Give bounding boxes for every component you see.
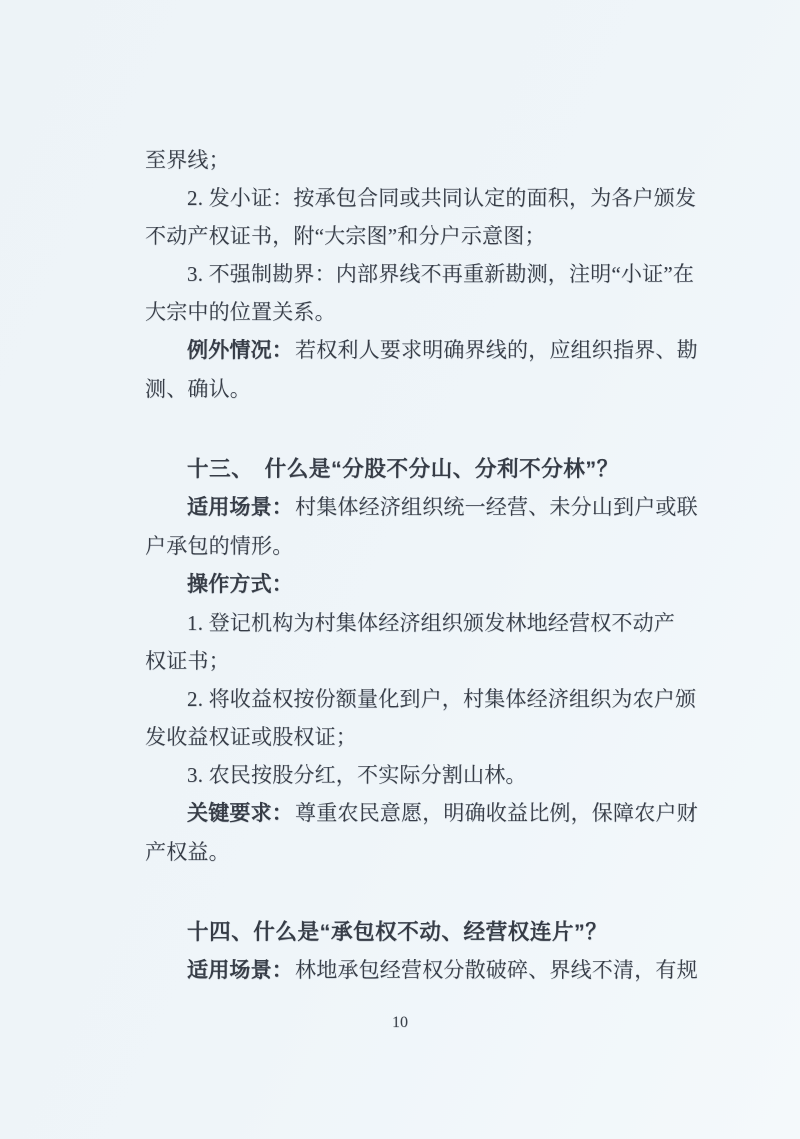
line-text: 3. 农民按股分红，不实际分割山林。 bbox=[187, 763, 527, 787]
line-text: 不动产权证书，附“大宗图”和分户示意图； bbox=[145, 224, 546, 248]
line-text: 测、确认。 bbox=[145, 377, 251, 401]
line-text: 十四、什么是“承包权不动、经营权连片”？ bbox=[187, 920, 608, 944]
text-line: 例外情况：若权利人要求明确界线的，应组织指界、勘 bbox=[145, 331, 703, 370]
bold-label: 关键要求： bbox=[187, 802, 293, 825]
line-text: 1. 登记机构为村集体经济组织颁发林地经营权不动产 bbox=[187, 611, 675, 635]
line-text: 发收益权证或股权证； bbox=[145, 725, 357, 749]
text-line: 户承包的情形。 bbox=[145, 527, 703, 565]
text-line: 适用场景：村集体经济组织统一经营、未分山到户或联 bbox=[145, 488, 703, 527]
bold-label: 适用场景： bbox=[187, 959, 293, 982]
line-text: 尊重农民意愿，明确收益比例，保障农户财 bbox=[295, 801, 698, 825]
bold-label: 适用场景： bbox=[187, 496, 293, 519]
line-text: 大宗中的位置关系。 bbox=[145, 300, 336, 324]
line-text: 权证书； bbox=[145, 649, 230, 673]
line-text: 3. 不强制勘界：内部界线不再重新勘测，注明“小证”在 bbox=[187, 262, 694, 286]
line-text: 2. 发小证：按承包合同或共同认定的面积，为各户颁发 bbox=[187, 186, 696, 210]
text-line: 产权益。 bbox=[145, 833, 703, 871]
line-text: 十三、 什么是“分股不分山、分利不分林”？ bbox=[187, 457, 619, 481]
document-page: 至界线；2. 发小证：按承包合同或共同认定的面积，为各户颁发不动产权证书，附“大… bbox=[0, 0, 800, 1139]
text-line: 大宗中的位置关系。 bbox=[145, 293, 703, 331]
line-text: 产权益。 bbox=[145, 840, 230, 864]
section-heading: 十四、什么是“承包权不动、经营权连片”？ bbox=[145, 913, 703, 951]
text-line: 权证书； bbox=[145, 642, 703, 680]
line-text: 户承包的情形。 bbox=[145, 534, 293, 558]
document-body: 至界线；2. 发小证：按承包合同或共同认定的面积，为各户颁发不动产权证书，附“大… bbox=[145, 141, 703, 990]
text-line: 适用场景：林地承包经营权分散破碎、界线不清，有规 bbox=[145, 951, 703, 990]
text-line: 测、确认。 bbox=[145, 370, 703, 408]
text-line: 不动产权证书，附“大宗图”和分户示意图； bbox=[145, 217, 703, 255]
text-line: 操作方式： bbox=[145, 565, 703, 604]
section-heading: 十三、 什么是“分股不分山、分利不分林”？ bbox=[145, 450, 703, 488]
page-footer: 10 bbox=[0, 1012, 800, 1034]
text-line: 至界线； bbox=[145, 141, 703, 179]
page-number: 10 bbox=[392, 1014, 408, 1031]
text-line: 关键要求：尊重农民意愿，明确收益比例，保障农户财 bbox=[145, 794, 703, 833]
text-line: 发收益权证或股权证； bbox=[145, 718, 703, 756]
text-line: 3. 农民按股分红，不实际分割山林。 bbox=[145, 756, 703, 794]
line-text: 村集体经济组织统一经营、未分山到户或联 bbox=[295, 495, 698, 519]
text-line: 1. 登记机构为村集体经济组织颁发林地经营权不动产 bbox=[145, 604, 703, 642]
line-text: 2. 将收益权按份额量化到户，村集体经济组织为农户颁 bbox=[187, 687, 696, 711]
text-line: 2. 发小证：按承包合同或共同认定的面积，为各户颁发 bbox=[145, 179, 703, 217]
line-text: 至界线； bbox=[145, 148, 230, 172]
bold-label: 例外情况： bbox=[187, 339, 293, 362]
bold-label: 操作方式： bbox=[187, 573, 293, 596]
line-text: 林地承包经营权分散破碎、界线不清，有规 bbox=[295, 958, 698, 982]
text-line: 2. 将收益权按份额量化到户，村集体经济组织为农户颁 bbox=[145, 680, 703, 718]
line-text: 若权利人要求明确界线的，应组织指界、勘 bbox=[295, 338, 698, 362]
text-line: 3. 不强制勘界：内部界线不再重新勘测，注明“小证”在 bbox=[145, 255, 703, 293]
